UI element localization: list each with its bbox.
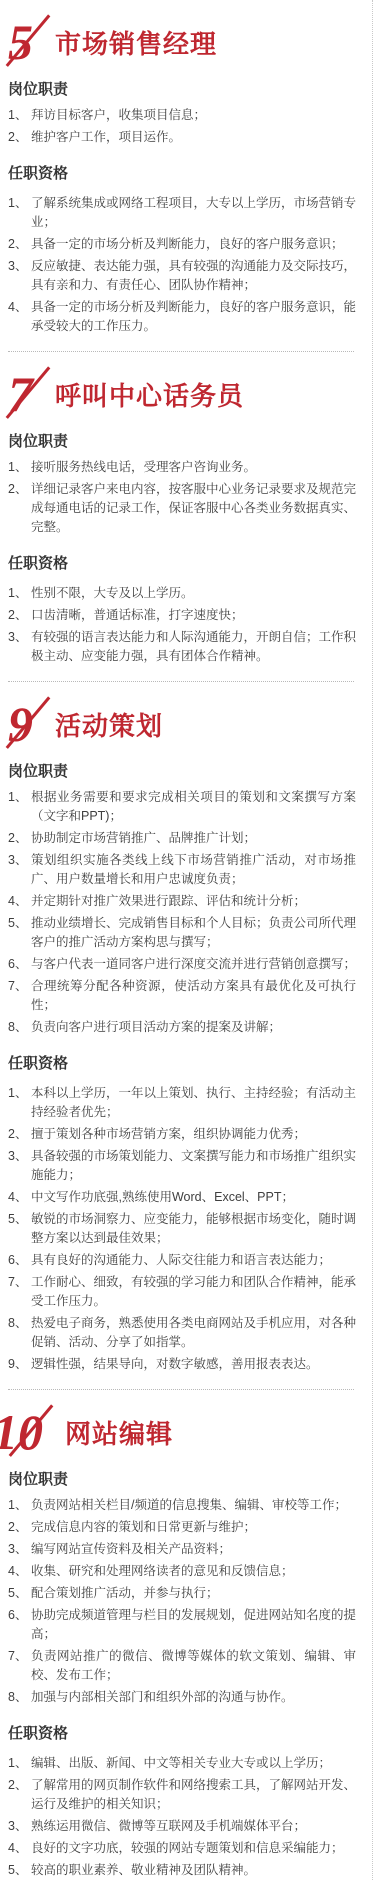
job-section: 9 活动策划 岗位职责 根据业务需要和要求完成相关项目的策划和文案撰写方案（文字… — [0, 682, 378, 1390]
responsibilities-heading: 岗位职责 — [8, 78, 356, 99]
section-number: 5 — [8, 17, 41, 67]
list-item: 根据业务需要和要求完成相关项目的策划和文案撰写方案（文字和PPT)； — [8, 788, 356, 826]
list-item: 协助制定市场营销推广、品牌推广计划； — [8, 829, 356, 848]
qualifications-list: 编辑、出版、新闻、中文等相关专业大专或以上学历；了解常用的网页制作软件和网络搜索… — [8, 1754, 356, 1880]
responsibilities-list: 拜访目标客户，收集项目信息；维护客户工作，项目运作。 — [8, 106, 356, 147]
list-item: 性别不限，大专及以上学历。 — [8, 584, 356, 603]
list-item: 中文写作功底强,熟练使用Word、Excel、PPT； — [8, 1188, 356, 1207]
job-section: 10 网站编辑 岗位职责 负责网站相关栏目/频道的信息搜集、编辑、审校等工作；完… — [0, 1390, 378, 1880]
responsibilities-heading: 岗位职责 — [8, 1468, 356, 1489]
qualifications-list: 本科以上学历，一年以上策划、执行、主持经验；有活动主持经验者优先；擅于策划各种市… — [8, 1084, 356, 1374]
list-item: 工作耐心、细致，有较强的学习能力和团队合作精神，能承受工作压力。 — [8, 1273, 356, 1311]
list-item: 口齿清晰，普通话标准，打字速度快； — [8, 606, 356, 625]
list-item: 完成信息内容的策划和日常更新与维护； — [8, 1518, 356, 1537]
responsibilities-heading: 岗位职责 — [8, 760, 356, 781]
list-item: 协助完成频道管理与栏目的发展规划，促进网站知名度的提高； — [8, 1606, 356, 1644]
job-title: 呼叫中心话务员 — [55, 376, 244, 413]
list-item: 负责向客户进行项目活动方案的提案及讲解； — [8, 1018, 356, 1037]
list-item: 逻辑性强，结果导向，对数字敏感，善用报表表达。 — [8, 1355, 356, 1374]
list-item: 合理统筹分配各种资源，使活动方案具有最优化及可执行性； — [8, 977, 356, 1015]
list-item: 本科以上学历，一年以上策划、执行、主持经验；有活动主持经验者优先； — [8, 1084, 356, 1122]
list-item: 拜访目标客户，收集项目信息； — [8, 106, 356, 125]
responsibilities-list: 负责网站相关栏目/频道的信息搜集、编辑、审校等工作；完成信息内容的策划和日常更新… — [8, 1496, 356, 1707]
section-header: 9 活动策划 — [8, 698, 356, 750]
right-dotted-border — [372, 0, 373, 1880]
job-title: 活动策划 — [55, 706, 163, 743]
qualifications-heading: 任职资格 — [8, 162, 356, 183]
list-item: 接听服务热线电话，受理客户咨询业务。 — [8, 458, 356, 477]
section-header: 7 呼叫中心话务员 — [8, 368, 356, 420]
list-item: 具备较强的市场策划能力、文案撰写能力和市场推广组织实施能力； — [8, 1147, 356, 1185]
responsibilities-list: 根据业务需要和要求完成相关项目的策划和文案撰写方案（文字和PPT)；协助制定市场… — [8, 788, 356, 1037]
responsibilities-heading: 岗位职责 — [8, 430, 356, 451]
list-item: 收集、研究和处理网络读者的意见和反馈信息； — [8, 1562, 356, 1581]
list-item: 具备一定的市场分析及判断能力，良好的客户服务意识； — [8, 235, 356, 254]
list-item: 较高的职业素养、敬业精神及团队精神。 — [8, 1861, 356, 1880]
section-header: 10 网站编辑 — [8, 1406, 356, 1458]
list-item: 策划组织实施各类线上线下市场营销推广活动，对市场推广、用户数量增长和用户忠诚度负… — [8, 851, 356, 889]
qualifications-list: 了解系统集成或网络工程项目，大专以上学历，市场营销专业；具备一定的市场分析及判断… — [8, 194, 356, 336]
section-number-digits: 10 — [0, 1404, 43, 1460]
list-item: 与客户代表一道同客户进行深度交流并进行营销创意撰写； — [8, 955, 356, 974]
responsibilities-list: 接听服务热线电话，受理客户咨询业务。详细记录客户来电内容，按客服中心业务记录要求… — [8, 458, 356, 537]
list-item: 具有良好的沟通能力、人际交往能力和语言表达能力； — [8, 1251, 356, 1270]
list-item: 负责网站相关栏目/频道的信息搜集、编辑、审校等工作； — [8, 1496, 356, 1515]
list-item: 敏锐的市场洞察力、应变能力，能够根据市场变化，随时调整方案以达到最佳效果； — [8, 1210, 356, 1248]
qualifications-heading: 任职资格 — [8, 552, 356, 573]
list-item: 推动业绩增长、完成销售目标和个人目标；负责公司所代理客户的推广活动方案构思与撰写… — [8, 914, 356, 952]
section-number: 10 — [0, 1407, 51, 1457]
section-header: 5 市场销售经理 — [8, 16, 356, 68]
qualifications-heading: 任职资格 — [8, 1052, 356, 1073]
list-item: 具备一定的市场分析及判断能力，良好的客户服务意识，能承受较大的工作压力。 — [8, 298, 356, 336]
list-item: 详细记录客户来电内容，按客服中心业务记录要求及规范完成每通电话的记录工作，保证客… — [8, 480, 356, 537]
job-section: 7 呼叫中心话务员 岗位职责 接听服务热线电话，受理客户咨询业务。详细记录客户来… — [0, 352, 378, 682]
list-item: 编写网站宣传资料及相关产品资料； — [8, 1540, 356, 1559]
qualifications-list: 性别不限，大专及以上学历。口齿清晰，普通话标准，打字速度快；有较强的语言表达能力… — [8, 584, 356, 666]
list-item: 熟练运用微信、微博等互联网及手机端媒体平台； — [8, 1817, 356, 1836]
sections: 5 市场销售经理 岗位职责 拜访目标客户，收集项目信息；维护客户工作，项目运作。… — [0, 0, 378, 1880]
list-item: 良好的文字功底，较强的网站专题策划和信息采编能力； — [8, 1839, 356, 1858]
list-item: 热爱电子商务，熟悉使用各类电商网站及手机应用，对各种促销、活动、分享了如指掌。 — [8, 1314, 356, 1352]
qualifications-heading: 任职资格 — [8, 1722, 356, 1743]
job-section: 5 市场销售经理 岗位职责 拜访目标客户，收集项目信息；维护客户工作，项目运作。… — [0, 0, 378, 352]
list-item: 了解系统集成或网络工程项目，大专以上学历，市场营销专业； — [8, 194, 356, 232]
list-item: 配合策划推广活动，并参与执行； — [8, 1584, 356, 1603]
list-item: 编辑、出版、新闻、中文等相关专业大专或以上学历； — [8, 1754, 356, 1773]
list-item: 并定期针对推广效果进行跟踪、评估和统计分析； — [8, 892, 356, 911]
list-item: 了解常用的网页制作软件和网络搜索工具，了解网站开发、运行及维护的相关知识； — [8, 1776, 356, 1814]
list-item: 反应敏捷、表达能力强，具有较强的沟通能力及交际技巧，具有亲和力、有责任心、团队协… — [8, 257, 356, 295]
job-title: 网站编辑 — [65, 1414, 173, 1451]
list-item: 维护客户工作，项目运作。 — [8, 128, 356, 147]
list-item: 擅于策划各种市场营销方案，组织协调能力优秀； — [8, 1125, 356, 1144]
list-item: 加强与内部相关部门和组织外部的沟通与协作。 — [8, 1688, 356, 1707]
job-listings-page: 5 市场销售经理 岗位职责 拜访目标客户，收集项目信息；维护客户工作，项目运作。… — [0, 0, 378, 1880]
section-number: 9 — [8, 699, 41, 749]
section-number: 7 — [8, 369, 41, 419]
job-title: 市场销售经理 — [55, 24, 217, 61]
list-item: 负责网站推广的微信、微博等媒体的软文策划、编辑、审校、发布工作； — [8, 1647, 356, 1685]
list-item: 有较强的语言表达能力和人际沟通能力，开朗自信；工作积极主动、应变能力强，具有团体… — [8, 628, 356, 666]
